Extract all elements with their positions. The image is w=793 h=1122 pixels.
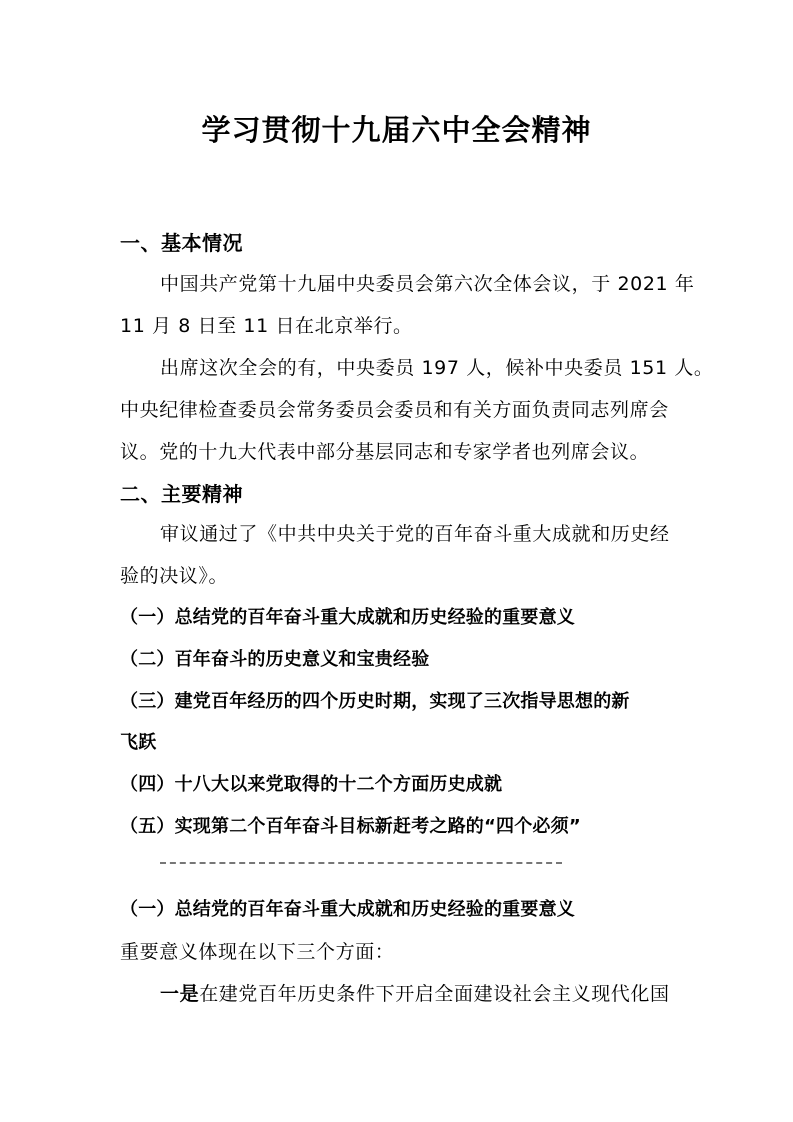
subheading-3: （三）建党百年经历的四个历史时期，实现了三次指导思想的新 bbox=[120, 690, 680, 714]
paragraph-line: 议。党的十九大代表中部分基层同志和专家学者也列席会议。 bbox=[120, 440, 680, 464]
paragraph-line: 中央纪律检查委员会常务委员会委员和有关方面负责同志列席会 bbox=[120, 398, 680, 422]
section-heading-main-spirit: 二、主要精神 bbox=[120, 482, 680, 506]
detail-point-1: 一是在建党百年历史条件下开启全面建设社会主义现代化国 bbox=[160, 982, 680, 1006]
section-heading-basic-info: 一、基本情况 bbox=[120, 231, 680, 255]
dashed-separator bbox=[160, 862, 562, 864]
paragraph-line: 11 月 8 日至 11 日在北京举行。 bbox=[120, 314, 680, 338]
subheading-4: （四）十八大以来党取得的十二个方面历史成就 bbox=[120, 773, 680, 797]
point-1-text: 在建党百年历史条件下开启全面建设社会主义现代化国 bbox=[199, 983, 669, 1005]
paragraph-line: 验的决议》。 bbox=[120, 564, 680, 588]
detail-intro: 重要意义体现在以下三个方面： bbox=[120, 940, 680, 964]
subheading-3-continued: 飞跃 bbox=[120, 731, 680, 755]
point-1-label: 一是 bbox=[160, 983, 199, 1005]
paragraph-line: 中国共产党第十九届中央委员会第六次全体会议，于 2021 年 bbox=[160, 272, 680, 296]
subheading-2: （二）百年奋斗的历史意义和宝贵经验 bbox=[120, 648, 680, 672]
subheading-5: （五）实现第二个百年奋斗目标新赶考之路的“四个必须” bbox=[120, 815, 680, 839]
document-page: 学习贯彻十九届六中全会精神 一、基本情况 中国共产党第十九届中央委员会第六次全体… bbox=[0, 0, 793, 1122]
detail-heading: （一）总结党的百年奋斗重大成就和历史经验的重要意义 bbox=[120, 898, 680, 922]
subheading-1: （一）总结党的百年奋斗重大成就和历史经验的重要意义 bbox=[120, 606, 680, 630]
paragraph-line: 出席这次全会的有，中央委员 197 人，候补中央委员 151 人。 bbox=[160, 356, 680, 380]
document-title: 学习贯彻十九届六中全会精神 bbox=[0, 108, 793, 149]
paragraph-line: 审议通过了《中共中央关于党的百年奋斗重大成就和历史经 bbox=[160, 522, 680, 546]
